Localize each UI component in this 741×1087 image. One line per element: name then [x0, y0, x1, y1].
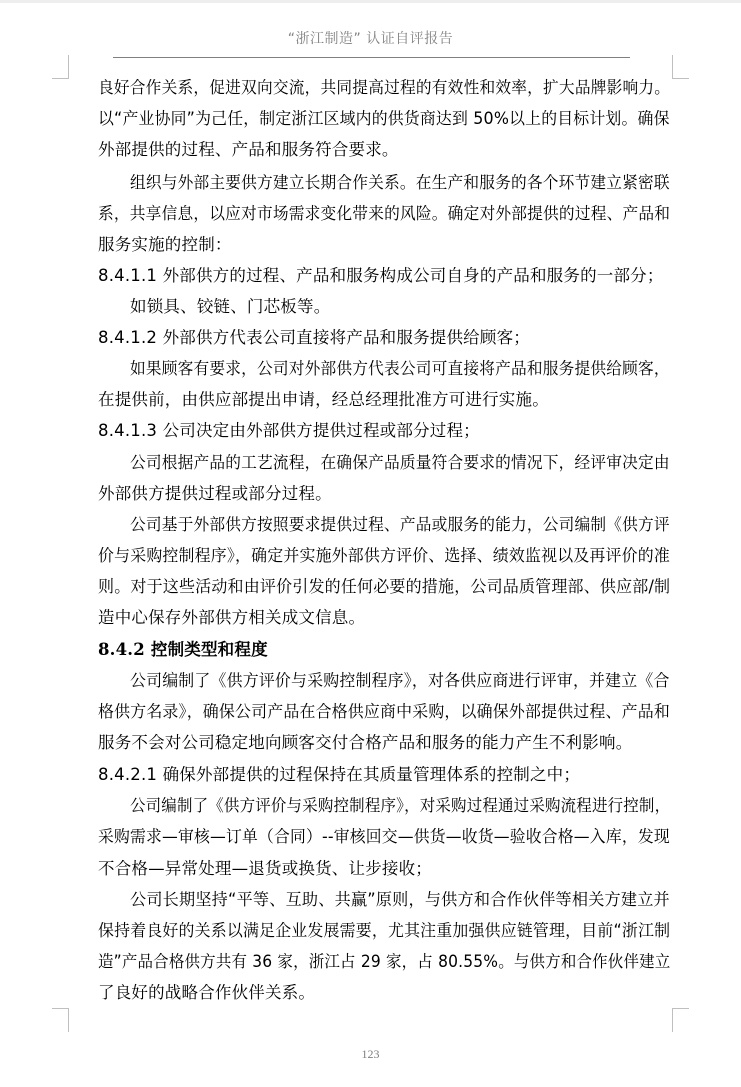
clause-8-4-1-1: 8.4.1.1 外部供方的过程、产品和服务构成公司自身的产品和服务的一部分；: [98, 265, 664, 287]
body-line: 保持着良好的关系以满足企业发展需要，尤其注重加强供应链管理，目前“浙江制: [98, 920, 670, 942]
crop-mark-top-left: [52, 55, 69, 79]
body-line: 则。对于这些活动和由评价引发的任何必要的措施，公司品质管理部、供应部/制: [98, 576, 670, 598]
clause-8-4-2-1: 8.4.2.1 确保外部提供的过程保持在其质量管理体系的控制之中；: [98, 764, 580, 786]
window-top-edge: [0, 0, 741, 3]
crop-mark-bottom-right: [672, 1008, 689, 1032]
body-line: 在提供前，由供应部提出申请，经总经理批准方可进行实施。: [98, 389, 549, 411]
body-line: 价与采购控制程序》，确定并实施外部供方评价、选择、绩效监视以及再评价的准: [98, 545, 670, 567]
body-line: 良好合作关系，促进双向交流，共同提高过程的有效性和效率，扩大品牌影响力。: [98, 77, 670, 99]
body-line: 采购需求—审核—订单（合同）--审核回交—供货—收货—验收合格—入库，发现: [98, 826, 670, 848]
paragraph-start-line: 公司编制了《供方评价与采购控制程序》，对采购过程通过采购流程进行控制，: [130, 795, 670, 817]
body-line: 不合格—异常处理—退货或换货、让步接收；: [98, 858, 432, 880]
paragraph-start-line: 公司长期坚持“平等、互助、共赢”原则，与供方和合作伙伴等相关方建立并: [130, 889, 670, 911]
paragraph-start-line: 组织与外部主要供方建立长期合作关系。在生产和服务的各个环节建立紧密联: [130, 172, 670, 194]
paragraph-start-line: 公司编制了《供方评价与采购控制程序》，对各供应商进行评审，并建立《合: [130, 670, 670, 692]
body-line: 格供方名录》，确保公司产品在合格供应商中采购，以确保外部提供过程、产品和: [98, 701, 670, 723]
paragraph-start-line: 如锁具、铰链、门芯板等。: [130, 296, 330, 318]
body-line: 系，共享信息，以应对市场需求变化带来的风险。确定对外部提供的过程、产品和: [98, 203, 670, 225]
body-line: 以“产业协同”为己任，制定浙江区域内的供货商达到 50%以上的目标计划。确保: [98, 108, 670, 130]
body-line: 服务实施的控制：: [98, 234, 232, 256]
body-line: 外部提供的过程、产品和服务符合要求。: [98, 139, 399, 161]
paragraph-start-line: 如果顾客有要求，公司对外部供方代表公司可直接将产品和服务提供给顾客，: [130, 358, 670, 380]
body-line: 造”产品合格供方共有 36 家，浙江占 29 家，占 80.55%。与供方和合作…: [98, 951, 670, 973]
body-line: 了良好的战略合作伙伴关系。: [98, 982, 315, 1004]
page-number: 123: [0, 1047, 741, 1062]
page-header-title: “浙江制造” 认证自评报告: [0, 28, 741, 48]
clause-8-4-1-3: 8.4.1.3 公司决定由外部供方提供过程或部分过程；: [98, 420, 480, 442]
body-line: 服务不会对公司稳定地向顾客交付合格产品和服务的能力产生不利影响。: [98, 732, 632, 754]
body-line: 外部供方提供过程或部分过程。: [98, 483, 332, 505]
body-line: 造中心保存外部供方相关成文信息。: [98, 607, 365, 629]
crop-mark-top-right: [672, 55, 689, 79]
crop-mark-bottom-left: [52, 1008, 69, 1032]
clause-8-4-1-2: 8.4.1.2 外部供方代表公司直接将产品和服务提供给顾客；: [98, 327, 530, 349]
paragraph-start-line: 公司根据产品的工艺流程，在确保产品质量符合要求的情况下，经评审决定由: [130, 452, 670, 474]
paragraph-start-line: 公司基于外部供方按照要求提供过程、产品或服务的能力，公司编制《供方评: [130, 514, 670, 536]
section-heading-8-4-2: 8.4.2 控制类型和程度: [98, 639, 268, 661]
header-rule: [113, 57, 630, 58]
